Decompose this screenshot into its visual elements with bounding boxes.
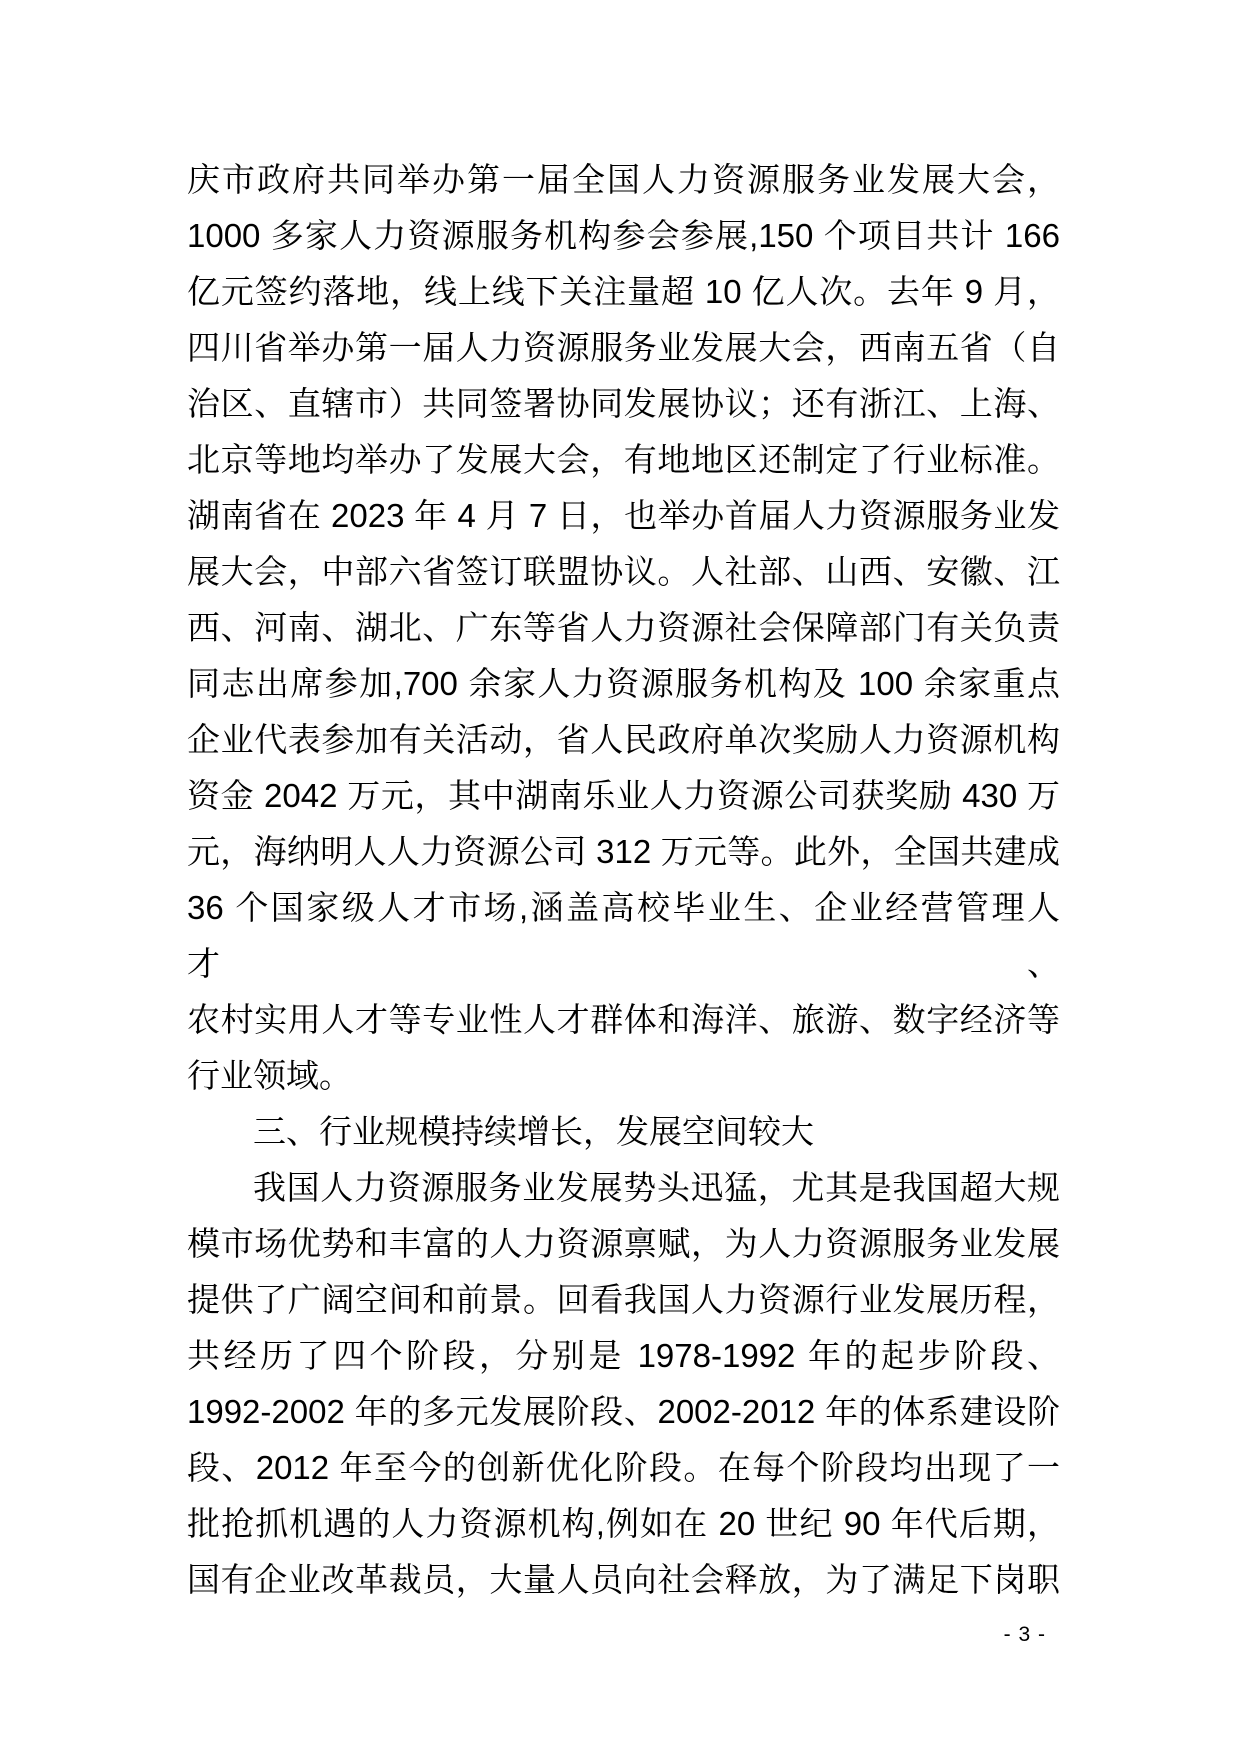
text-line: 资金 2042 万元，其中湖南乐业人力资源公司获奖励 430 万 — [187, 768, 1060, 824]
text-line: 模市场优势和丰富的人力资源禀赋，为人力资源服务业发展 — [187, 1216, 1060, 1272]
text-line: 亿元签约落地，线上线下关注量超 10 亿人次。去年 9 月， — [187, 264, 1060, 320]
text-line: 36 个国家级人才市场,涵盖高校毕业生、企业经营管理人才、 — [187, 880, 1060, 992]
document-page: 庆市政府共同举办第一届全国人力资源服务业发展大会，1000 多家人力资源服务机构… — [0, 0, 1240, 1753]
text-line: 四川省举办第一届人力资源服务业发展大会，西南五省（自 — [187, 320, 1060, 376]
text-line: 湖南省在 2023 年 4 月 7 日，也举办首届人力资源服务业发 — [187, 488, 1060, 544]
text-line: 展大会，中部六省签订联盟协议。人社部、山西、安徽、江 — [187, 544, 1060, 600]
text-line: 治区、直辖市）共同签署协同发展协议；还有浙江、上海、 — [187, 376, 1060, 432]
text-line: 西、河南、湖北、广东等省人力资源社会保障部门有关负责 — [187, 600, 1060, 656]
section-heading: 三、行业规模持续增长，发展空间较大 — [187, 1104, 1060, 1160]
page-number: - 3 - — [1004, 1622, 1046, 1648]
text-line: 批抢抓机遇的人力资源机构,例如在 20 世纪 90 年代后期， — [187, 1496, 1060, 1552]
text-line: 同志出席参加,700 余家人力资源服务机构及 100 余家重点 — [187, 656, 1060, 712]
text-line: 行业领域。 — [187, 1048, 1060, 1104]
text-line: 提供了广阔空间和前景。回看我国人力资源行业发展历程， — [187, 1272, 1060, 1328]
text-line: 庆市政府共同举办第一届全国人力资源服务业发展大会， — [187, 152, 1060, 208]
text-line: 元，海纳明人人力资源公司 312 万元等。此外，全国共建成 — [187, 824, 1060, 880]
text-line: 农村实用人才等专业性人才群体和海洋、旅游、数字经济等 — [187, 992, 1060, 1048]
text-line: 企业代表参加有关活动，省人民政府单次奖励人力资源机构 — [187, 712, 1060, 768]
text-line: 北京等地均举办了发展大会，有地地区还制定了行业标准。 — [187, 432, 1060, 488]
text-line: 1992-2002 年的多元发展阶段、2002-2012 年的体系建设阶 — [187, 1384, 1060, 1440]
text-line: 1000 多家人力资源服务机构参会参展,150 个项目共计 166 — [187, 208, 1060, 264]
text-line: 我国人力资源服务业发展势头迅猛，尤其是我国超大规 — [187, 1160, 1060, 1216]
document-body: 庆市政府共同举办第一届全国人力资源服务业发展大会，1000 多家人力资源服务机构… — [187, 152, 1060, 1608]
text-line: 国有企业改革裁员，大量人员向社会释放，为了满足下岗职 — [187, 1552, 1060, 1608]
text-line: 段、2012 年至今的创新优化阶段。在每个阶段均出现了一 — [187, 1440, 1060, 1496]
text-line: 共经历了四个阶段，分别是 1978-1992 年的起步阶段、 — [187, 1328, 1060, 1384]
